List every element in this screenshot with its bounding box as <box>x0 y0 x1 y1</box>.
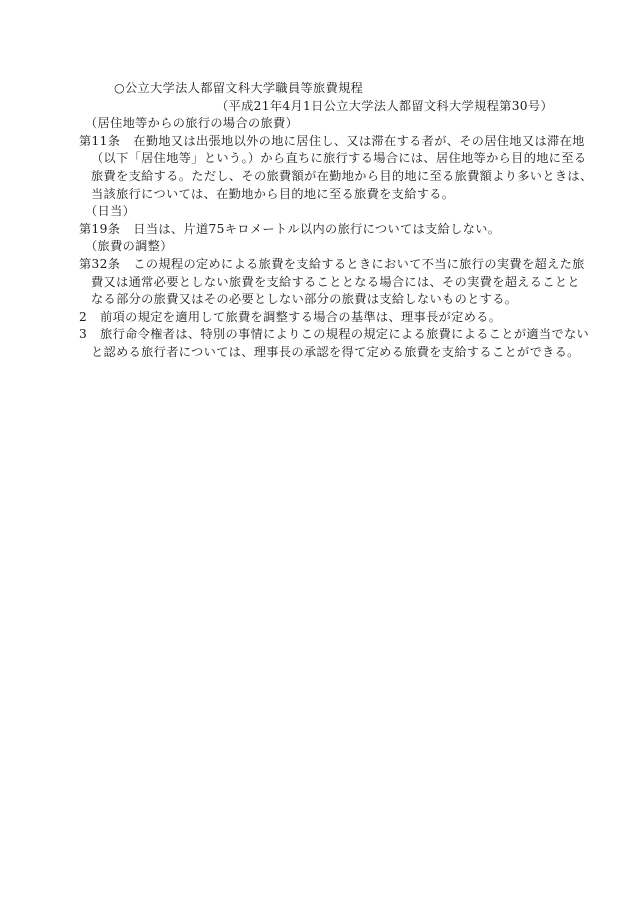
document-page: ○公立大学法人都留文科大学職員等旅費規程 （平成21年4月1日公立大学法人都留文… <box>79 80 553 362</box>
article-text-line: 旅費を支給する。ただし、その旅費額が在勤地から目的地に至る旅費額より多いときは、 <box>79 168 553 186</box>
article-text-line: （以下「居住地等」という。）から直ちに旅行する場合には、居住地等から目的地に至る <box>79 150 553 168</box>
article-text: 在勤地又は出張地以外の地に居住し、又は滞在する者が、その居住地又は滞在地 <box>133 134 584 148</box>
article-number: 第19条 <box>79 221 120 239</box>
paragraph-2-line: 2前項の規定を適用して旅費を調整する場合の基準は、理事長が定める。 <box>79 309 553 327</box>
article-caption: （日当） <box>79 203 553 221</box>
article-caption: （旅費の調整） <box>79 238 553 256</box>
document-subtitle: （平成21年4月1日公立大学法人都留文科大学規程第30号） <box>79 98 553 116</box>
article-text-line: 費又は通常必要としない旅費を支給することとなる場合には、その実費を超えることと <box>79 274 553 292</box>
article-number: 第11条 <box>79 133 120 151</box>
paragraph-3-line: 3旅行命令権者は、特別の事情によりこの規程の規定による旅費によることが適当でない <box>79 326 553 344</box>
article-32-line: 第32条この規程の定めによる旅費を支給するときにおいて不当に旅行の実費を超えた旅 <box>79 256 553 274</box>
article-text-line: 当該旅行については、在勤地から目的地に至る旅費を支給する。 <box>79 186 553 204</box>
paragraph-text: 前項の規定を適用して旅費を調整する場合の基準は、理事長が定める。 <box>100 310 501 324</box>
article-text-line: なる部分の旅費又はその必要としない部分の旅費は支給しないものとする。 <box>79 291 553 309</box>
paragraph-number: 2 <box>79 309 87 327</box>
article-text: この規程の定めによる旅費を支給するときにおいて不当に旅行の実費を超えた旅 <box>133 257 584 271</box>
paragraph-text-line: と認める旅行者については、理事長の承認を得て定める旅費を支給することができる。 <box>79 344 553 362</box>
article-19-line: 第19条日当は、片道75キロメートル以内の旅行については支給しない。 <box>79 221 553 239</box>
article-text: 日当は、片道75キロメートル以内の旅行については支給しない。 <box>133 222 500 236</box>
paragraph-number: 3 <box>79 326 87 344</box>
article-11-line: 第11条在勤地又は出張地以外の地に居住し、又は滞在する者が、その居住地又は滞在地 <box>79 133 553 151</box>
document-title: ○公立大学法人都留文科大学職員等旅費規程 <box>79 80 553 98</box>
article-caption: （居住地等からの旅行の場合の旅費） <box>79 115 553 133</box>
article-number: 第32条 <box>79 256 120 274</box>
paragraph-text: 旅行命令権者は、特別の事情によりこの規程の規定による旅費によることが適当でない <box>100 327 589 341</box>
